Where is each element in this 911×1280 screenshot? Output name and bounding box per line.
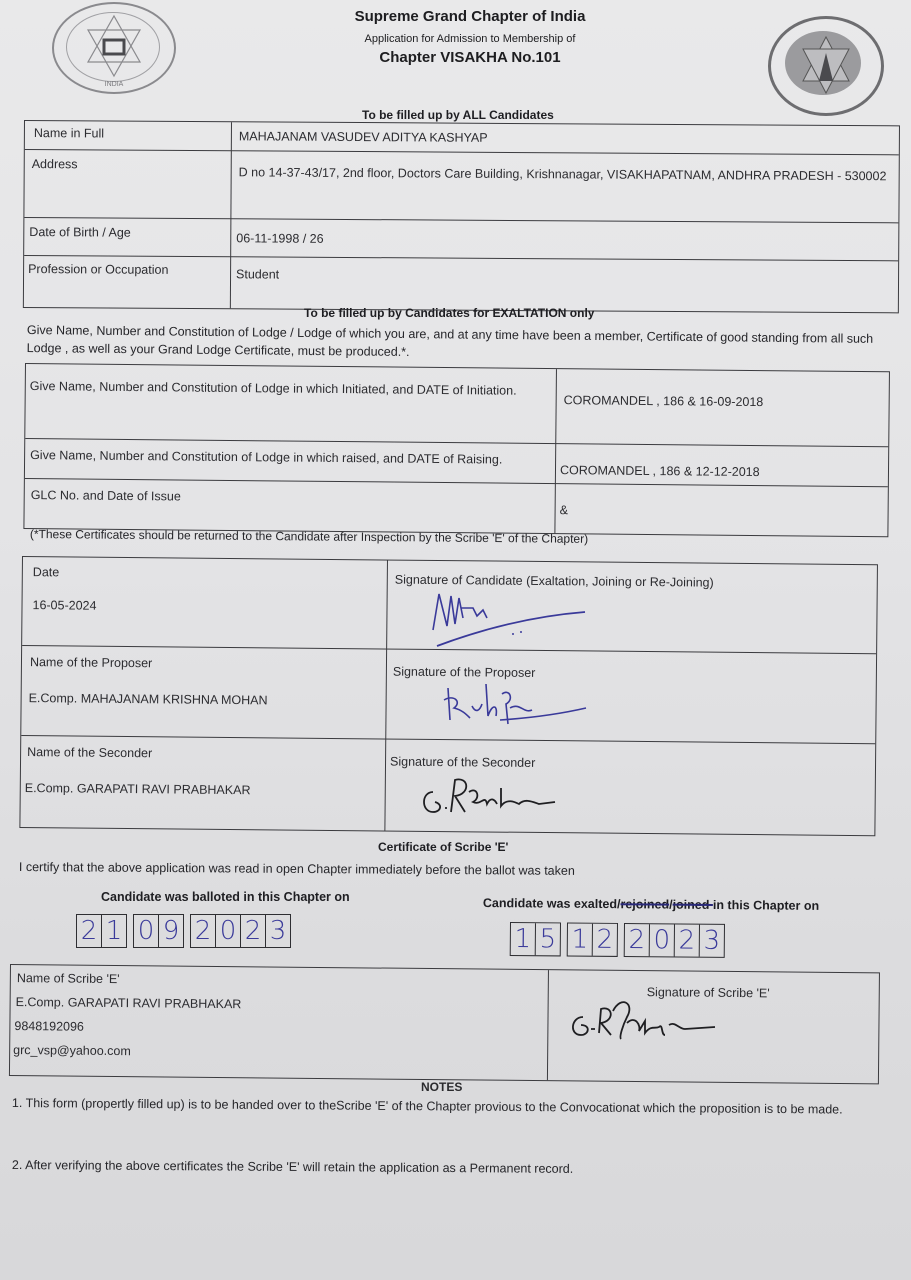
- dob-label: Date of Birth / Age: [29, 225, 131, 240]
- struck-rejoined: rejoined: [620, 897, 669, 911]
- balloted-day: 2 1: [76, 914, 127, 948]
- digit: 2: [593, 924, 617, 956]
- scribe-certificate-heading: Certificate of Scribe 'E': [378, 840, 508, 854]
- occupation-value: Student: [236, 267, 279, 281]
- dob-value: 06-11-1998 / 26: [236, 231, 323, 246]
- note-2: 2. After verifying the above certificate…: [12, 1156, 884, 1180]
- name-label: Name in Full: [34, 126, 104, 140]
- digit: 1: [511, 923, 536, 955]
- glc-value: &: [560, 503, 568, 517]
- digit: 2: [241, 915, 266, 947]
- occupation-label: Profession or Occupation: [28, 262, 168, 277]
- address-value: D no 14-37-43/17, 2nd floor, Doctors Car…: [239, 165, 889, 184]
- digit: 2: [191, 915, 216, 947]
- digit: 9: [159, 915, 183, 947]
- glc-label: GLC No. and Date of Issue: [31, 488, 181, 503]
- seconder-label: Name of the Seconder: [27, 745, 152, 760]
- supreme-grand-chapter-seal-icon: INDIA: [52, 2, 176, 94]
- certificates-footnote: (*These Certificates should be returned …: [30, 525, 588, 548]
- digit: 0: [134, 915, 159, 947]
- scribe-name: E.Comp. GARAPATI RAVI PRABHAKAR: [16, 995, 242, 1011]
- regional-grand-chapter-seal-icon: [768, 16, 884, 116]
- address-label: Address: [32, 157, 78, 171]
- scribe-statement: I certify that the above application was…: [19, 858, 575, 880]
- exalted-label: Candidate was exalted/rejoined/joined in…: [483, 896, 819, 913]
- name-value: MAHAJANAM VASUDEV ADITYA KASHYAP: [239, 129, 488, 145]
- candidate-signature-icon: [425, 588, 595, 648]
- digit: 1: [568, 924, 593, 956]
- digit: 5: [536, 923, 560, 955]
- digit: 0: [650, 924, 675, 956]
- scribe-name-label: Name of Scribe 'E': [17, 971, 120, 986]
- balloted-year: 2 0 2 3: [190, 914, 291, 948]
- chapter-title: Chapter VISAKHA No.101: [300, 49, 640, 66]
- personal-details-table: Name in Full MAHAJANAM VASUDEV ADITYA KA…: [23, 120, 900, 313]
- digit: 2: [625, 924, 650, 956]
- date-value: 16-05-2024: [32, 598, 96, 613]
- exalted-date-boxes: 1 5 1 2 2 0 2 3: [510, 922, 725, 958]
- digit: 2: [675, 924, 700, 956]
- svg-text:INDIA: INDIA: [105, 81, 124, 88]
- proposer-signature-icon: [440, 680, 600, 730]
- initiation-label: Give Name, Number and Constitution of Lo…: [30, 374, 552, 403]
- struck-joined: joined: [673, 898, 713, 912]
- exalted-year: 2 0 2 3: [624, 923, 725, 958]
- exalted-label-prefix: Candidate was exalted/: [483, 896, 621, 911]
- balloted-label: Candidate was balloted in this Chapter o…: [101, 890, 350, 904]
- all-candidates-heading: To be filled up by ALL Candidates: [362, 108, 554, 122]
- digit: 1: [102, 915, 126, 947]
- digit: 3: [700, 925, 724, 957]
- raising-value: COROMANDEL , 186 & 12-12-2018: [560, 463, 760, 479]
- proposer-value: E.Comp. MAHAJANAM KRISHNA MOHAN: [29, 691, 268, 707]
- exalted-label-suffix: in this Chapter on: [713, 898, 819, 913]
- scribe-email: grc_vsp@yahoo.com: [13, 1043, 131, 1058]
- scribe-phone: 9848192096: [14, 1019, 84, 1034]
- org-title: Supreme Grand Chapter of India: [300, 8, 640, 25]
- form-subtitle: Application for Admission to Membership …: [300, 33, 640, 45]
- initiation-value: COROMANDEL , 186 & 16-09-2018: [564, 393, 764, 409]
- proposer-label: Name of the Proposer: [30, 655, 152, 670]
- exaltation-heading: To be filled up by Candidates for EXALTA…: [304, 306, 594, 320]
- lodge-details-table: Give Name, Number and Constitution of Lo…: [23, 363, 890, 537]
- raising-label: Give Name, Number and Constitution of Lo…: [30, 448, 502, 467]
- seconder-signature-label: Signature of the Seconder: [390, 755, 535, 770]
- balloted-date-boxes: 2 1 0 9 2 0 2 3: [76, 914, 291, 948]
- digit: 0: [216, 915, 241, 947]
- digit: 3: [266, 915, 290, 947]
- date-label: Date: [33, 565, 60, 579]
- digit: 2: [77, 915, 102, 947]
- scribe-details-table: Name of Scribe 'E' E.Comp. GARAPATI RAVI…: [9, 964, 880, 1084]
- application-form: INDIA Supreme Grand Chapter of India App…: [0, 0, 911, 1280]
- seconder-signature-icon: [415, 772, 575, 822]
- proposer-signature-label: Signature of the Proposer: [393, 665, 536, 680]
- note-1: 1. This form (propertly filled up) is to…: [12, 1096, 884, 1118]
- exaltation-instructions: Give Name, Number and Constitution of Lo…: [27, 321, 889, 366]
- notes-heading: NOTES: [421, 1080, 462, 1094]
- balloted-month: 0 9: [133, 914, 184, 948]
- seconder-value: E.Comp. GARAPATI RAVI PRABHAKAR: [25, 781, 251, 797]
- exalted-month: 1 2: [567, 922, 618, 956]
- exalted-day: 1 5: [510, 922, 561, 956]
- scribe-signature-icon: [565, 995, 735, 1045]
